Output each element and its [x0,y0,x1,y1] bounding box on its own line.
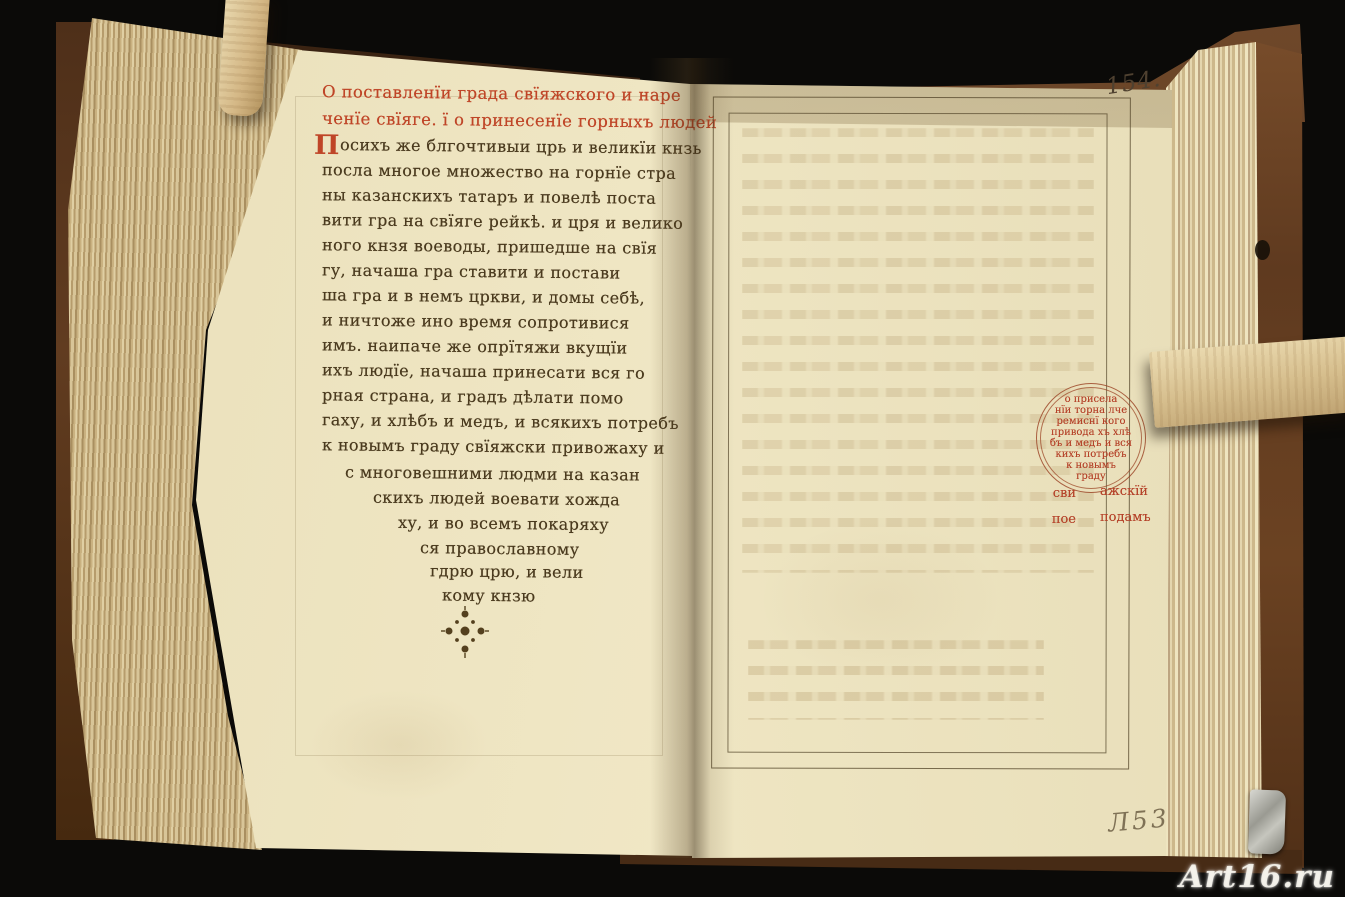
manuscript-line: ны казанскихъ татаръ и повелѣ поста [322,185,656,207]
manuscript-line: имъ. наипаче же опрїтяжи вкущїи [322,335,628,357]
stamp-text-line: бъ и медъ и вся [1050,438,1132,449]
show-through-text-lower [748,640,1044,720]
manuscript-line: ша гра и в немъ цркви, и домы себѣ, [322,285,645,307]
manuscript-line: гаху, и хлѣбъ и медъ, и всякихъ потребъ [322,410,679,433]
stamp-text-line: ремиснї кого [1057,416,1126,427]
manuscript-line: и ничтоже ино время сопротивися [322,310,630,332]
marginal-stamp-circle: о присела нїи торна лче ремиснї кого при… [1036,383,1146,493]
stamp-text-line: привода хъ хлѣ [1051,427,1131,438]
rubric-heading-line: О поставленїи града свїяжского и наре [322,82,681,105]
stamp-text-line: нїи торна лче [1055,405,1127,416]
stamp-text-line: к новымъ [1066,460,1116,471]
manuscript-line: осихъ же блгочтивыи црь и великїи кнзь [340,135,702,158]
stamp-text-line: о присела [1065,394,1118,405]
stamp-text-line: кихъ потребъ [1055,449,1126,460]
manuscript-line: к новымъ граду свїяжски привожаху и [322,435,665,458]
manuscript-photo: О поставленїи града свїяжского и наре че… [0,0,1345,897]
manuscript-line: рная страна, и градъ дѣлати помо [322,385,624,407]
bookmark-strip-right [1149,336,1345,427]
corner-pencil-mark: Л53 [1107,803,1171,837]
stamp-note-fragment: подамъ [1100,505,1151,531]
metal-clasp [1248,789,1286,854]
manuscript-line: вити гра на свїяге рейкѣ. и цря и велико [322,210,683,233]
manuscript-line: кому кнзю [442,586,536,606]
stamp-note-right: ажскїй подамъ [1100,479,1151,531]
manuscript-line: посла многое множество на горнїе стра [322,160,676,183]
manuscript-line: ся православному [420,538,580,559]
rubric-initial: П [314,130,340,161]
manuscript-line: скихъ людей воевати хожда [373,488,620,510]
watermark: Art16.ru [1179,859,1335,895]
manuscript-line: гдрю црю, и вели [430,561,584,582]
manuscript-line: ихъ людїе, начаша принесати вся го [322,360,645,382]
manuscript-line: гу, начаша гра ставити и постави [322,260,621,282]
ink-blot [1255,240,1270,260]
bookmark-strip-top [218,0,270,117]
stamp-note-left: сви пое [1040,481,1076,533]
manuscript-line: ного кнзя воеводы, пришедше на свїя [322,235,657,258]
stamp-note-fragment: пое [1040,507,1076,533]
stamp-note-fragment: ажскїй [1100,479,1151,505]
rosette-flourish-icon [438,606,492,658]
manuscript-line: с многовешними людми на казан [345,462,640,484]
stamp-note-fragment: сви [1040,481,1076,507]
manuscript-line: ху, и во всемъ покаряху [398,513,609,534]
